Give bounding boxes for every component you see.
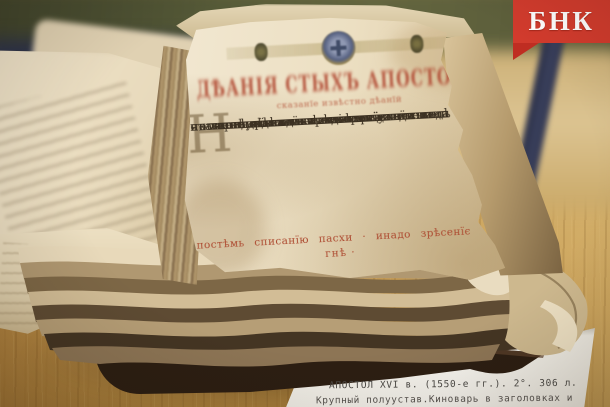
cross-icon [336,40,341,56]
bnk-logo-text: БНК [529,8,595,35]
headpiece-left-ornament [254,43,268,62]
bnk-logo: БНК [513,0,610,43]
bnk-logo-ribbon-fold [513,43,539,60]
cinnabar-line: гнѣ · [325,246,356,260]
headpiece-right-ornament [410,35,424,54]
ornate-initial-letter: Н [186,108,234,162]
photo-old-manuscript-book: ДѢАНІЯ СТЫХЪ АПОСТОЛЪ сказанїе извѣстно … [0,0,610,407]
